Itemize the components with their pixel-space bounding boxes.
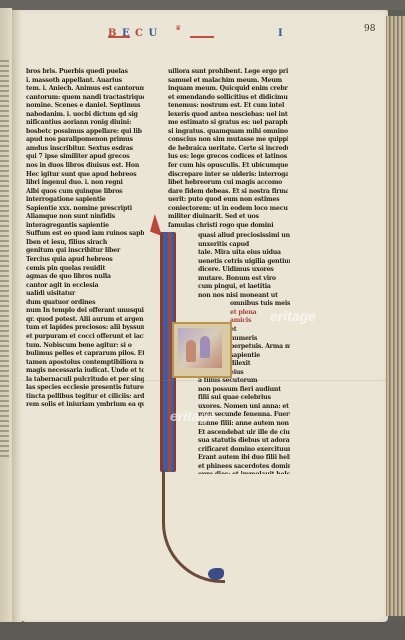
facing-page-text-edge [0, 60, 9, 460]
watermark: eritage [270, 308, 316, 324]
page-fore-edge [386, 16, 405, 616]
miniature-illustration [178, 328, 222, 368]
initial-tail-terminal [208, 568, 224, 580]
crown-ornament-icon: ♛ [175, 24, 181, 32]
background-bottom [0, 622, 405, 640]
running-title-letter: B [108, 28, 117, 39]
right-text-column-top: uiliora sunt prohibent. Lege ergo primu … [168, 68, 288, 230]
running-title-letter: U [149, 28, 159, 39]
watermark: eritage [170, 408, 216, 424]
running-title-flourish-right [190, 36, 214, 38]
folio-number: 98 [364, 24, 375, 34]
running-title: B E C U [108, 28, 158, 39]
running-title-letter: C [135, 28, 144, 39]
left-text-column: bros bris. Puerbis quedi puelas i. masso… [26, 68, 144, 480]
background-top [0, 0, 405, 10]
figure-left [186, 340, 196, 362]
chapter-mark: I [278, 28, 283, 39]
page-fold-line [20, 380, 388, 381]
figure-right [200, 336, 210, 358]
running-title-letter: E [122, 28, 131, 39]
